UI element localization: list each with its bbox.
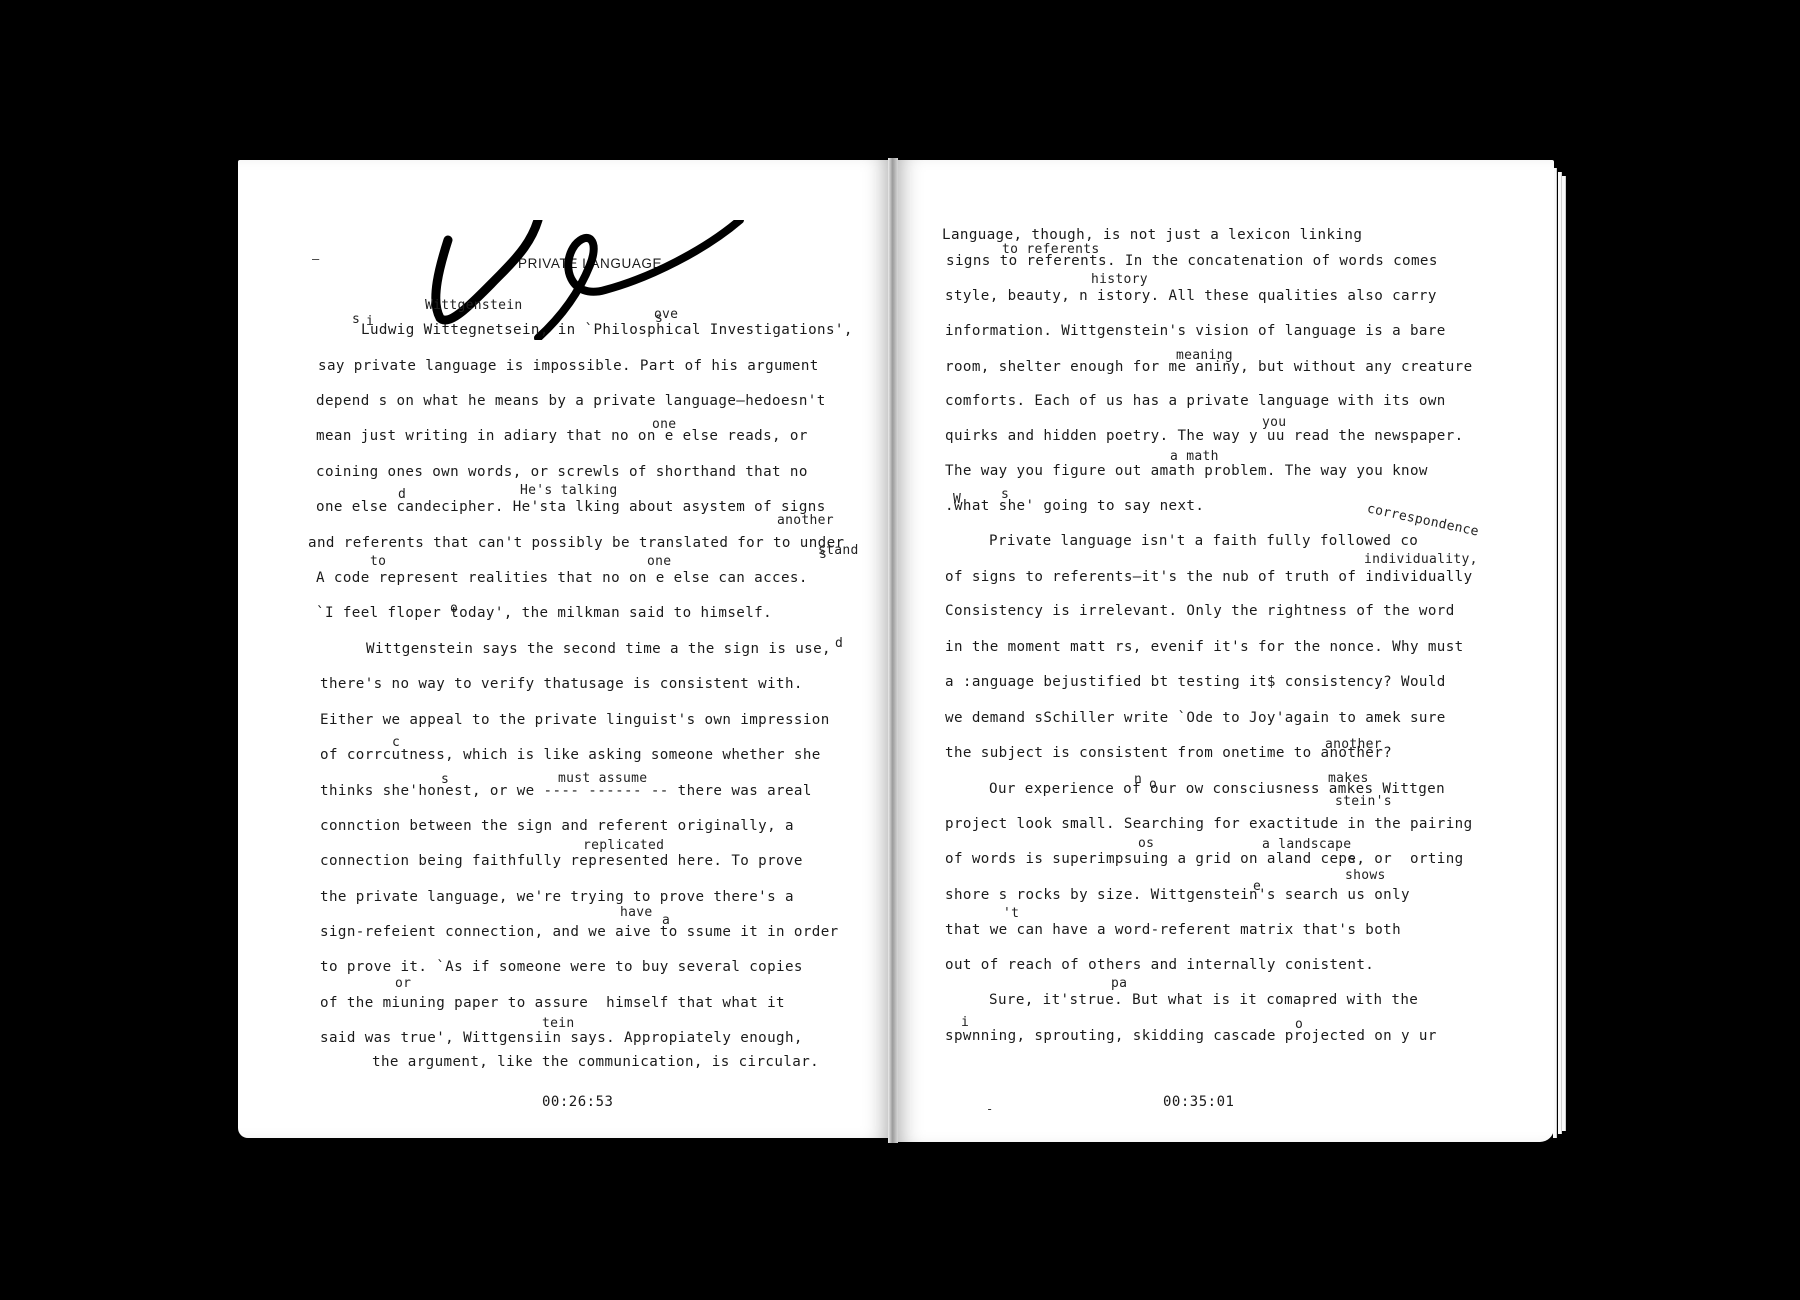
interlinear-correction: s [1001, 488, 1009, 501]
typed-line: thinks she'honest, or we ---- ------ -- … [320, 784, 812, 798]
interlinear-correction: d [835, 637, 843, 650]
interlinear-correction: i [366, 315, 374, 328]
typed-line: spwnning, sprouting, skidding cascade pr… [945, 1029, 1437, 1043]
typed-line: connection being faithfully represented … [320, 854, 803, 868]
interlinear-correction: have [620, 906, 653, 919]
typed-line: coining ones own words, or screwls of sh… [316, 465, 808, 479]
left-page-timestamp: 00:26:53 [542, 1094, 613, 1110]
typed-line: out of reach of others and internally co… [945, 958, 1374, 972]
interlinear-correction: must assume [558, 772, 647, 785]
page-edge [1562, 176, 1566, 1131]
typed-line: Sure, it'strue. But what is it comapred … [989, 993, 1418, 1007]
typed-line: The way you figure out amath problem. Th… [945, 464, 1428, 478]
right-page-timestamp: 00:35:01 [1163, 1094, 1234, 1110]
interlinear-correction: W [953, 493, 961, 506]
interlinear-correction: one [647, 555, 671, 568]
interlinear-correction: shows [1345, 869, 1386, 882]
interlinear-correction: ve [662, 308, 678, 321]
interlinear-correction: makes [1328, 772, 1369, 785]
interlinear-correction: s [819, 548, 827, 561]
interlinear-correction: another [1325, 738, 1382, 751]
typed-line: of signs to referents—it's the nub of tr… [945, 570, 1473, 584]
typed-line: Either we appeal to the private linguist… [320, 713, 830, 727]
interlinear-correction: s [655, 312, 663, 325]
typed-line: project look small. Searching for exacti… [945, 817, 1473, 831]
typed-line: connction between the sign and referent … [320, 819, 794, 833]
typed-line: sign-refeient connection, and we aive to… [320, 925, 839, 939]
interlinear-correction: you [1262, 416, 1286, 429]
interlinear-correction: one [652, 418, 676, 431]
interlinear-correction: n [1134, 773, 1142, 786]
interlinear-correction: tein [542, 1017, 575, 1030]
typed-line: Private language isn't a faith fully fol… [989, 534, 1418, 548]
typed-line: say private language is impossible. Part… [318, 359, 819, 373]
interlinear-correction: i [961, 1016, 969, 1029]
typed-line: in the moment matt rs, evenif it's for t… [945, 640, 1464, 654]
interlinear-correction: a math [1170, 450, 1219, 463]
interlinear-correction: history [1091, 273, 1148, 286]
interlinear-correction: d [398, 488, 406, 501]
interlinear-correction: s [352, 313, 360, 326]
book-spine-gutter [888, 158, 898, 1143]
typed-line: depend s on what he means by a private l… [316, 394, 826, 408]
typed-line: one else candecipher. He'sta lking about… [316, 500, 826, 514]
interlinear-correction: o [450, 602, 458, 615]
typed-line: mean just writing in adiary that no on e… [316, 429, 808, 443]
typed-line: information. Wittgenstein's vision of la… [945, 324, 1446, 338]
interlinear-correction: He's talking [520, 484, 618, 497]
interlinear-correction: e [1253, 880, 1261, 893]
interlinear-correction: o [1295, 1018, 1303, 1031]
interlinear-correction: to referents [1002, 243, 1100, 256]
typed-line: the argument, like the communication, is… [372, 1055, 819, 1069]
margin-mark: - [986, 1102, 993, 1116]
typed-line: to prove it. `As if someone were to buy … [320, 960, 803, 974]
typed-line: Consistency is irrelevant. Only the righ… [945, 604, 1455, 618]
typed-line: .what she' going to say next. [945, 499, 1204, 513]
interlinear-correction: a [662, 914, 670, 927]
typed-line: of the miuning paper to assure himself t… [320, 996, 785, 1010]
interlinear-correction: Wittgenstein [425, 299, 523, 312]
interlinear-correction: stein's [1335, 795, 1392, 808]
interlinear-correction: pa [1111, 977, 1127, 990]
typed-line: we demand sSchiller write `Ode to Joy'ag… [945, 711, 1446, 725]
interlinear-correction: s [441, 773, 449, 786]
interlinear-correction: os [1138, 837, 1154, 850]
interlinear-correction: replicated [583, 839, 664, 852]
typed-line: `I feel floper today', the milkman said … [316, 606, 772, 620]
typed-line: the private language, we're trying to pr… [320, 890, 794, 904]
interlinear-correction: meaning [1176, 349, 1233, 362]
interlinear-correction: s [1348, 853, 1356, 866]
interlinear-correction: another [777, 514, 834, 527]
typed-line: Language, though, is not just a lexicon … [942, 228, 1362, 242]
typed-line: of corrcutness, which is like asking som… [320, 748, 821, 762]
typed-line: said was true', Wittgensiin says. Approp… [320, 1031, 803, 1045]
typed-line: shore s rocks by size. Wittgenstein's se… [945, 888, 1410, 902]
interlinear-correction: c [392, 736, 400, 749]
typed-line: there's no way to verify thatusage is co… [320, 677, 803, 691]
interlinear-correction: or [395, 977, 411, 990]
typed-line: that we can have a word-referent matrix … [945, 923, 1401, 937]
interlinear-correction: a landscape [1262, 838, 1351, 851]
interlinear-correction: o [1149, 778, 1157, 791]
typed-line: quirks and hidden poetry. The way y uu r… [945, 429, 1464, 443]
interlinear-correction: 't [1003, 907, 1019, 920]
typed-line: style, beauty, n istory. All these quali… [945, 289, 1437, 303]
interlinear-correction: to [370, 555, 386, 568]
typed-line: Ludwig Wittegnetsein, in `Philosphical I… [361, 323, 853, 337]
typed-line: A code represent realities that no on e … [316, 571, 808, 585]
typed-line: of words is superimpsuing a grid on alan… [945, 852, 1464, 866]
typed-line: a :anguage bejustified bt testing it$ co… [945, 675, 1446, 689]
margin-mark: – [312, 252, 319, 266]
typed-line: comforts. Each of us has a private langu… [945, 394, 1446, 408]
typed-line: and referents that can't possibly be tra… [308, 536, 845, 550]
interlinear-correction: individuality, [1364, 553, 1478, 566]
typed-line: Wittgenstein says the second time a the … [366, 642, 831, 656]
